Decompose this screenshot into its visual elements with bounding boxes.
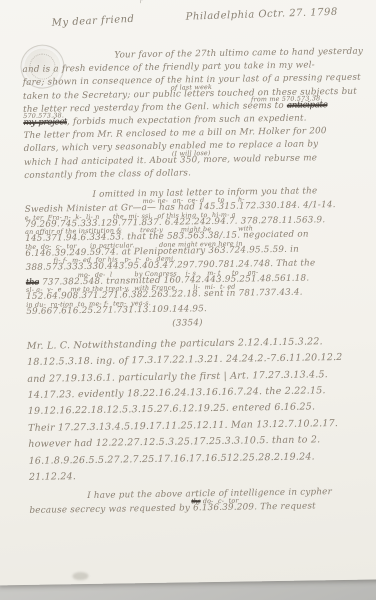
- struck-out-text: anticipate: [287, 100, 328, 111]
- salutation: My dear friend: [52, 14, 135, 29]
- letter-body: Your favor of the 27th ultimo came to ha…: [22, 40, 351, 517]
- handwriting-text: because secrecy was requested by 6.136.3…: [29, 502, 316, 516]
- handwriting-text: 59.667.616.25.271.731.13.109.144.95.: [26, 304, 207, 317]
- paper-sheet: r My dear friend Philadelphia Octr. 27. …: [0, 0, 376, 585]
- handwriting-text: (3354): [172, 319, 203, 329]
- pencil-smudge: [72, 572, 88, 580]
- paragraph: Your favor of the 27th ultimo came to ha…: [22, 44, 346, 181]
- handwriting-text: constantly from the class of dollars.: [24, 168, 191, 181]
- scanned-letter-page: r My dear friend Philadelphia Octr. 27. …: [0, 0, 376, 600]
- handwriting-text: 21.12.24.: [29, 471, 76, 483]
- paragraph: I omitted in my last letter to inform yo…: [24, 183, 348, 333]
- paragraph: Mr. L. C. Notwithstanding the particular…: [27, 333, 351, 486]
- dateline: Philadelphia Octr. 27. 1798: [186, 7, 338, 23]
- stray-ink-mark: r: [139, 0, 142, 5]
- struck-out-text: my project: [23, 117, 67, 128]
- paragraph: I have put the above article of intellig…: [29, 484, 351, 517]
